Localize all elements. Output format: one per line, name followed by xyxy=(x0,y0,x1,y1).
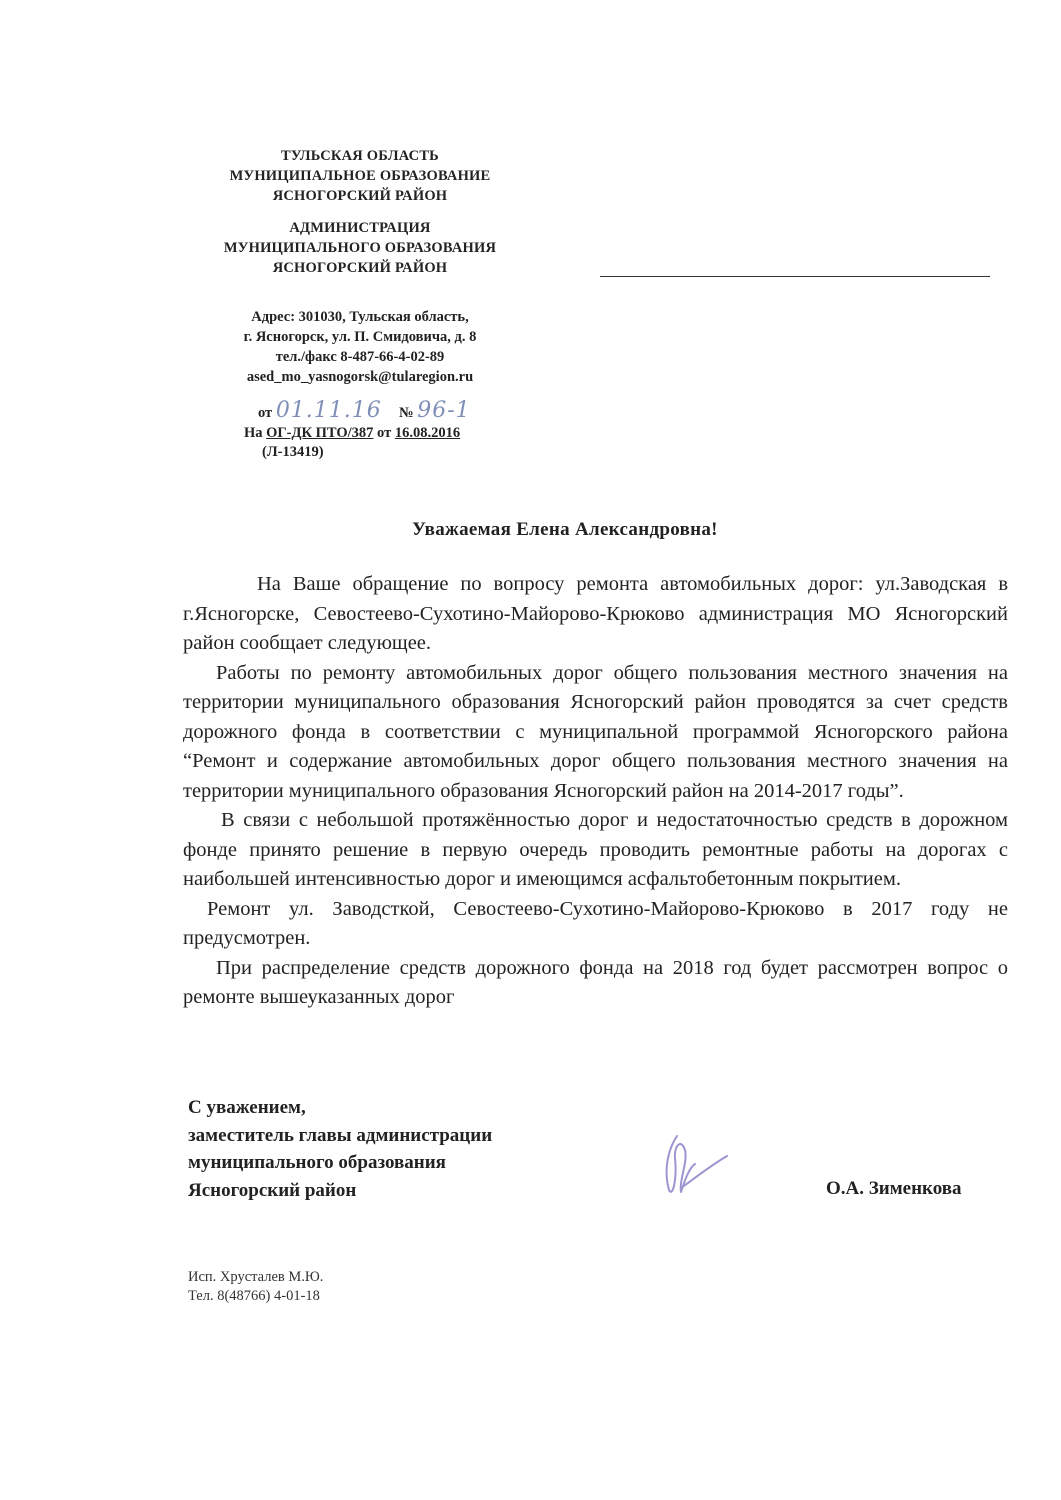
registration-line: от 01.11.16 № 96-1 xyxy=(258,398,471,423)
letterhead-region: ТУЛЬСКАЯ ОБЛАСТЬ МУНИЦИПАЛЬНОЕ ОБРАЗОВАН… xyxy=(190,146,530,206)
signoff-line: заместитель главы администрации xyxy=(188,1122,492,1150)
reply-reference-line: На ОГ-ДК ПТО/387 от 16.08.2016 xyxy=(244,425,460,442)
address-line: Адрес: 301030, Тульская область, xyxy=(190,307,530,327)
executor-name: Исп. Хрусталев М.Ю. xyxy=(188,1268,323,1287)
letterhead-line: МУНИЦИПАЛЬНОГО ОБРАЗОВАНИЯ xyxy=(190,238,530,258)
reply-reference: ОГ-ДК ПТО/387 xyxy=(266,425,373,441)
from-label: от xyxy=(258,405,272,421)
phone-fax-line: тел./факс 8-487-66-4-02-89 xyxy=(190,347,530,367)
letterhead-line: ЯСНОГОРСКИЙ РАЙОН xyxy=(190,258,530,278)
signoff-line: муниципального образования xyxy=(188,1149,492,1177)
number-label: № xyxy=(399,405,414,421)
body-paragraph: Работы по ремонту автомобильных дорог об… xyxy=(183,659,1008,807)
body-paragraph: При распределение средств дорожного фонд… xyxy=(183,954,1008,1013)
address-line: г. Ясногорск, ул. П. Смидовича, д. 8 xyxy=(190,327,530,347)
letterhead: ТУЛЬСКАЯ ОБЛАСТЬ МУНИЦИПАЛЬНОЕ ОБРАЗОВАН… xyxy=(190,146,530,290)
handwritten-number: 96-1 xyxy=(417,398,470,423)
signoff-line: Ясногорский район xyxy=(188,1177,492,1205)
letter-code: (Л-13419) xyxy=(262,444,324,461)
letter-page: ТУЛЬСКАЯ ОБЛАСТЬ МУНИЦИПАЛЬНОЕ ОБРАЗОВАН… xyxy=(0,0,1061,1500)
addressee-line xyxy=(600,276,990,277)
email-line: ased_mo_yasnogorsk@tularegion.ru xyxy=(190,367,530,387)
body-paragraph: В связи с небольшой протяжённостью дорог… xyxy=(183,806,1008,895)
signoff-line: С уважением, xyxy=(188,1094,492,1122)
letterhead-line: ЯСНОГОРСКИЙ РАЙОН xyxy=(190,186,530,206)
reply-prefix: На xyxy=(244,425,263,441)
executor-phone: Тел. 8(48766) 4-01-18 xyxy=(188,1287,323,1306)
reply-from-label: от xyxy=(377,425,391,441)
executor-block: Исп. Хрусталев М.Ю. Тел. 8(48766) 4-01-1… xyxy=(188,1268,323,1306)
sender-address: Адрес: 301030, Тульская область, г. Ясно… xyxy=(190,307,530,387)
letterhead-line: АДМИНИСТРАЦИЯ xyxy=(190,218,530,238)
letterhead-line: ТУЛЬСКАЯ ОБЛАСТЬ xyxy=(190,146,530,166)
letterhead-administration: АДМИНИСТРАЦИЯ МУНИЦИПАЛЬНОГО ОБРАЗОВАНИЯ… xyxy=(190,218,530,278)
body-paragraph: Ремонт ул. Заводсткой, Севостеево-Сухоти… xyxy=(183,895,1008,954)
body-paragraph: На Ваше обращение по вопросу ремонта авт… xyxy=(183,570,1008,659)
handwritten-signature-icon xyxy=(655,1128,735,1203)
letterhead-line: МУНИЦИПАЛЬНОЕ ОБРАЗОВАНИЕ xyxy=(190,166,530,186)
handwritten-date: 01.11.16 xyxy=(276,398,382,423)
reply-date: 16.08.2016 xyxy=(395,425,460,441)
letter-body: На Ваше обращение по вопросу ремонта авт… xyxy=(183,570,1008,1013)
signer-name: О.А. Зименкова xyxy=(826,1178,962,1200)
signoff-block: С уважением, заместитель главы администр… xyxy=(188,1094,492,1204)
salutation: Уважаемая Елена Александровна! xyxy=(412,519,718,541)
